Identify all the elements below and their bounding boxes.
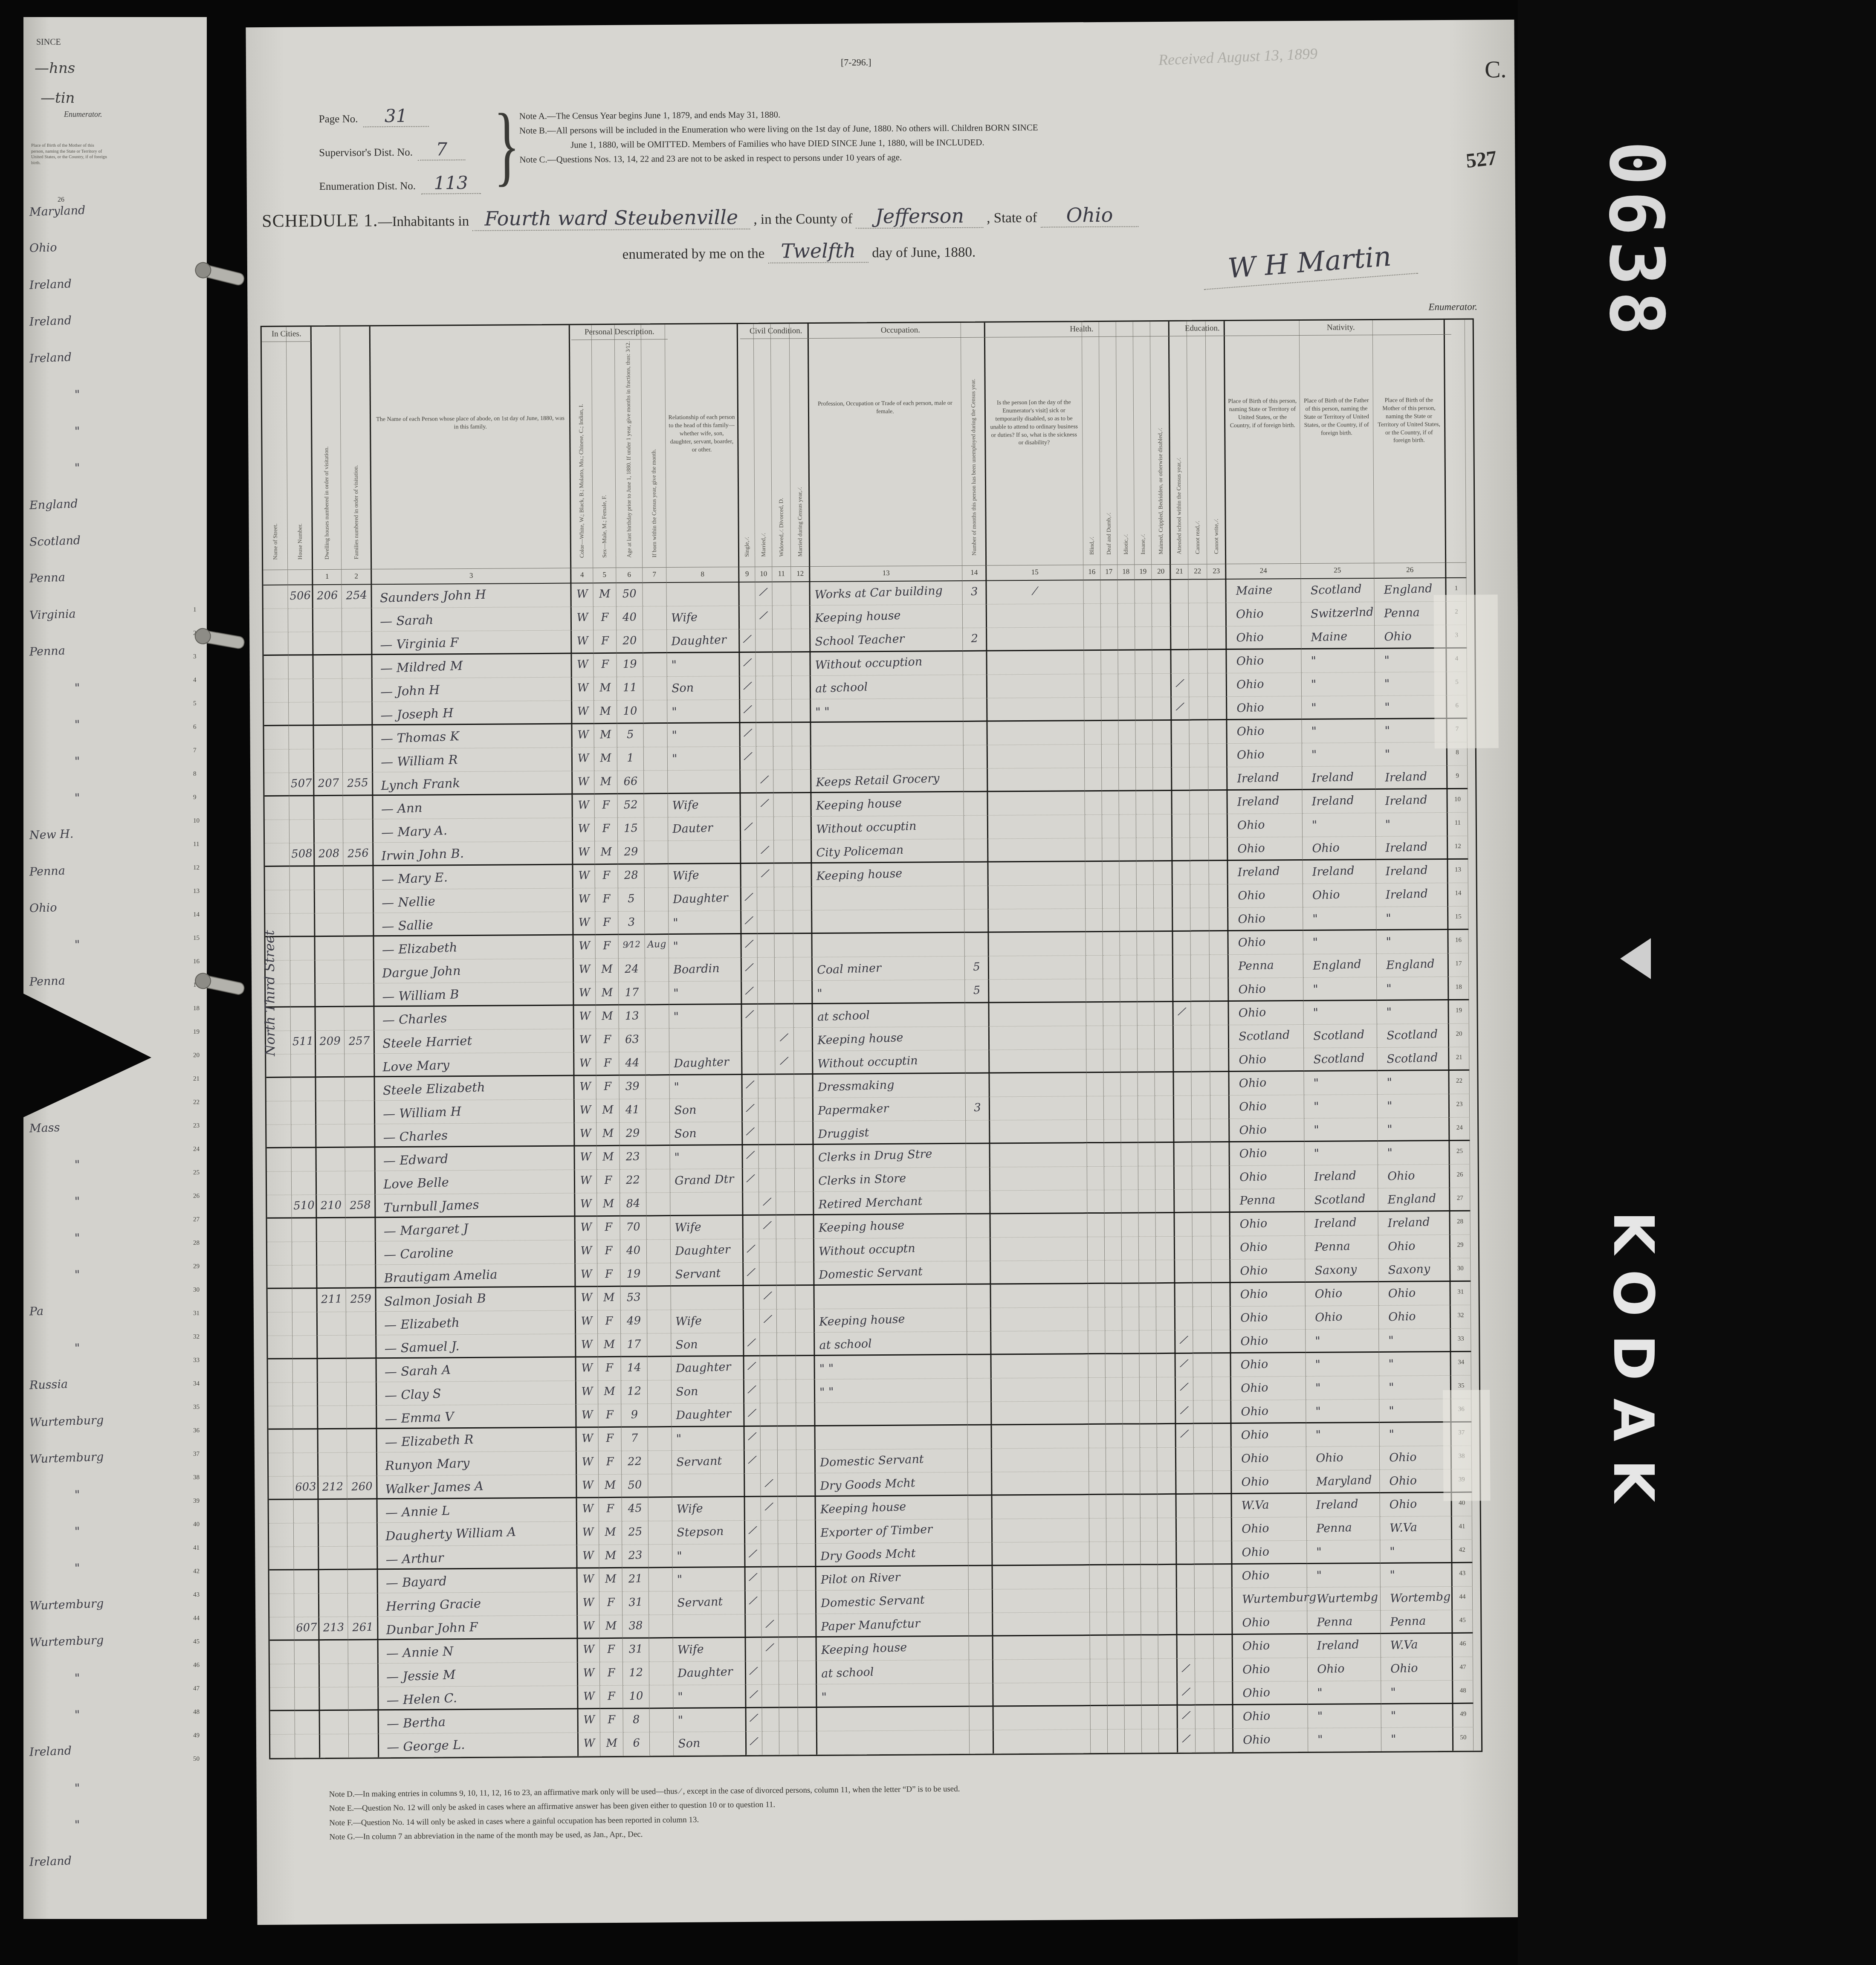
cell-fam xyxy=(347,1429,377,1452)
cell-month xyxy=(647,1333,671,1357)
cell-health xyxy=(987,745,1085,768)
cell-month xyxy=(648,1521,672,1545)
cell-rel: " xyxy=(670,1145,742,1169)
cell-c19 xyxy=(1138,1026,1155,1049)
cell-dw xyxy=(317,1382,347,1406)
cell-sex: F xyxy=(597,1240,620,1264)
cell-c21 xyxy=(1176,1635,1195,1659)
cell-c17 xyxy=(1106,1472,1123,1495)
cell-c22 xyxy=(1191,1072,1210,1096)
cell-health xyxy=(990,1401,1089,1425)
cell-c22 xyxy=(1188,580,1207,603)
cell-occ: Domestic Servant xyxy=(814,1449,968,1473)
cell-c10 xyxy=(756,700,773,723)
cell-health xyxy=(987,909,1086,933)
cell-color: W xyxy=(571,748,594,771)
left-page-birthplace-value: " xyxy=(74,461,80,475)
cell-c20 xyxy=(1152,603,1171,627)
cell-c23 xyxy=(1207,580,1226,603)
cell-c19 xyxy=(1141,1612,1158,1635)
cell-color: W xyxy=(573,982,596,1006)
cell-c22 xyxy=(1195,1565,1213,1588)
cell-c16 xyxy=(1088,1354,1105,1378)
cell-c21: ⁄ xyxy=(1170,697,1189,721)
cell-occ: at school xyxy=(814,1332,967,1356)
cell-c9 xyxy=(744,1614,761,1638)
cell-fb: " xyxy=(1307,1540,1380,1564)
cell-c18 xyxy=(1120,885,1137,908)
cell-pb: Ohio xyxy=(1231,1611,1307,1635)
cell-c12 xyxy=(794,1075,813,1098)
cell-c16 xyxy=(1087,1167,1104,1190)
cell-mb: " xyxy=(1379,1423,1451,1446)
cell-c12 xyxy=(795,1168,814,1192)
cell-month xyxy=(645,888,669,911)
cell-age: 28 xyxy=(618,864,644,888)
cell-color: W xyxy=(571,701,594,724)
cell-color: W xyxy=(573,1006,596,1029)
left-page-birthplace-value: " xyxy=(74,1525,80,1538)
cell-c18 xyxy=(1124,1565,1141,1588)
cell-sex: F xyxy=(600,1709,623,1733)
cell-fb: " xyxy=(1302,743,1375,767)
cell-c11 xyxy=(778,1544,797,1567)
column-number: 16 xyxy=(1083,565,1100,580)
cell-c16 xyxy=(1090,1565,1107,1589)
cell-c11 xyxy=(774,864,793,887)
cell-c20 xyxy=(1157,1471,1176,1495)
cell-health xyxy=(987,838,1085,862)
cell-fam xyxy=(345,1148,375,1171)
cell-month xyxy=(644,841,668,864)
column-number xyxy=(1445,563,1466,578)
cell-c17 xyxy=(1106,1495,1123,1519)
cell-occ: " xyxy=(811,980,965,1004)
cell-c16 xyxy=(1084,674,1101,698)
cell-c21 xyxy=(1172,979,1191,1002)
cell-rn: 34 xyxy=(1450,1352,1471,1376)
cell-color: W xyxy=(571,771,594,794)
cell-c16 xyxy=(1085,791,1102,815)
cell-fb: " xyxy=(1306,1329,1379,1353)
cell-mb: Ireland xyxy=(1378,1211,1450,1235)
cell-c9: ⁄ xyxy=(739,723,756,747)
cell-c17 xyxy=(1108,1706,1125,1730)
cell-dw xyxy=(316,1336,346,1359)
cell-color: W xyxy=(577,1733,600,1756)
cell-c19 xyxy=(1138,1049,1155,1072)
left-page-row-number: 40 xyxy=(193,1521,200,1528)
left-page-row-number: 37 xyxy=(193,1451,200,1458)
left-page-enumerator-label: Enumerator. xyxy=(64,110,102,119)
cell-c20 xyxy=(1153,861,1172,885)
cell-sex: M xyxy=(596,982,619,1006)
cell-health xyxy=(990,1307,1088,1331)
cell-month xyxy=(646,1146,670,1169)
cell-street xyxy=(263,656,288,679)
cell-c19 xyxy=(1139,1307,1156,1330)
cell-house: 507 xyxy=(289,773,314,796)
cell-c14 xyxy=(964,745,987,769)
cell-health xyxy=(986,721,1084,745)
cell-c9: ⁄ xyxy=(742,1239,759,1263)
cell-c18 xyxy=(1123,1518,1141,1542)
cell-c22 xyxy=(1194,1447,1213,1471)
cell-c9: ⁄ xyxy=(741,1005,758,1028)
cell-month xyxy=(643,724,667,747)
cell-c18 xyxy=(1122,1260,1139,1284)
cell-pb: Ohio xyxy=(1225,649,1301,673)
cell-c11 xyxy=(776,1168,795,1192)
cell-fam xyxy=(349,1734,379,1757)
cell-c12 xyxy=(795,1239,814,1262)
cell-occ xyxy=(814,1426,968,1450)
cell-c20 xyxy=(1159,1706,1178,1729)
cell-color: W xyxy=(577,1639,600,1662)
cell-c19 xyxy=(1135,721,1152,744)
cell-fb: " xyxy=(1301,649,1375,673)
cell-c21 xyxy=(1170,627,1189,650)
cell-color: W xyxy=(575,1381,598,1404)
column-number: 17 xyxy=(1100,565,1117,580)
column-number: 22 xyxy=(1188,564,1207,580)
cell-c9 xyxy=(739,770,756,794)
cell-dw xyxy=(312,609,342,632)
column-header-sex: Sex—Male, M.; Female, F. xyxy=(592,325,616,568)
cell-c21 xyxy=(1172,1072,1191,1096)
cell-c10 xyxy=(762,1661,779,1685)
cell-c19 xyxy=(1136,814,1153,838)
cell-c21 xyxy=(1173,1190,1192,1213)
cell-c10 xyxy=(756,747,773,770)
cell-c17 xyxy=(1107,1565,1124,1589)
cell-house xyxy=(290,820,314,843)
cell-c22 xyxy=(1195,1658,1214,1682)
cell-c14 xyxy=(965,1027,989,1050)
cell-c12 xyxy=(794,1122,813,1145)
cell-c17 xyxy=(1101,604,1118,627)
cell-c21 xyxy=(1170,650,1189,674)
cell-month xyxy=(647,1287,671,1310)
cell-house xyxy=(290,913,315,937)
cell-fb: England xyxy=(1303,954,1377,978)
cell-color: W xyxy=(576,1522,599,1545)
cell-c17 xyxy=(1106,1542,1123,1565)
cell-c17 xyxy=(1103,979,1120,1003)
cell-health xyxy=(987,885,1086,909)
cell-c16 xyxy=(1091,1730,1108,1753)
cell-c10 xyxy=(756,629,773,653)
cell-c20 xyxy=(1154,885,1172,908)
left-page-birthplace-value: Virginia xyxy=(29,607,76,622)
cell-c14 xyxy=(968,1496,992,1519)
left-page-birthplace-value: " xyxy=(74,1232,80,1245)
cell-c16 xyxy=(1090,1683,1107,1706)
cell-street xyxy=(264,679,289,703)
cell-month xyxy=(643,653,667,677)
left-page-row-number: 8 xyxy=(193,771,197,778)
cell-fb: Scotland xyxy=(1305,1188,1378,1212)
cell-dw xyxy=(317,1406,347,1429)
cell-pb: Ohio xyxy=(1228,1072,1304,1096)
cell-sex: M xyxy=(599,1615,622,1639)
cell-health xyxy=(992,1636,1090,1660)
cell-age: 17 xyxy=(621,1333,647,1357)
cell-color: W xyxy=(574,1240,597,1264)
cell-rel: Son xyxy=(670,1122,742,1146)
cell-c11 xyxy=(773,793,792,817)
cell-c19 xyxy=(1137,979,1154,1002)
cell-fam xyxy=(344,913,373,936)
cell-c21 xyxy=(1171,838,1190,861)
cell-c22 xyxy=(1195,1588,1213,1611)
cell-sex: F xyxy=(595,912,618,935)
left-page-row-number: 21 xyxy=(193,1075,200,1083)
cell-c18 xyxy=(1120,979,1137,1002)
cell-rel: Daughter xyxy=(669,1052,742,1075)
left-page-birthplace-value: " xyxy=(74,755,80,768)
cell-rn: 42 xyxy=(1451,1540,1472,1563)
table-header: Name of Street.House Number.Dwelling hou… xyxy=(262,320,1474,570)
cell-house xyxy=(295,1687,319,1711)
cell-c11 xyxy=(773,652,791,676)
cell-c9: ⁄ xyxy=(741,958,758,981)
cell-health xyxy=(990,1331,1088,1355)
cell-occ: Keeping house xyxy=(815,1496,968,1520)
cell-fam xyxy=(349,1710,379,1734)
cell-rn: 12 xyxy=(1447,836,1468,860)
cell-c11 xyxy=(778,1450,796,1473)
cell-sex: M xyxy=(593,583,616,607)
cell-c19 xyxy=(1141,1565,1158,1588)
cell-c23 xyxy=(1210,978,1228,1002)
cell-dw xyxy=(318,1547,347,1570)
cell-pb: Ohio xyxy=(1228,1095,1304,1119)
cell-c11 xyxy=(778,1426,796,1450)
cell-rn: 24 xyxy=(1448,1118,1470,1141)
column-number xyxy=(263,570,288,585)
cell-sex: F xyxy=(596,1076,619,1099)
column-number: 19 xyxy=(1135,565,1152,580)
column-number: 25 xyxy=(1301,563,1374,579)
cell-c14 xyxy=(968,1519,992,1543)
cell-c23 xyxy=(1210,1142,1229,1166)
cell-c10 xyxy=(756,676,773,700)
cell-health xyxy=(989,1120,1087,1144)
cell-c12 xyxy=(794,1051,813,1075)
cell-fam xyxy=(347,1499,377,1523)
cell-c18 xyxy=(1124,1635,1141,1659)
cell-fb: Ohio xyxy=(1306,1306,1379,1330)
cell-rn: 19 xyxy=(1448,1000,1469,1024)
cell-c22 xyxy=(1189,650,1207,673)
cell-rel: Daughter xyxy=(673,1661,746,1685)
cell-occ: Without occuptin xyxy=(811,816,964,840)
left-page-row-number: 31 xyxy=(193,1310,200,1317)
cell-c12 xyxy=(791,629,810,652)
cell-c17 xyxy=(1105,1284,1122,1307)
cell-c18 xyxy=(1121,1190,1138,1213)
column-header-c12: Married during Census year, ⁄. xyxy=(790,324,810,567)
cell-rel: Wife xyxy=(670,1216,743,1240)
cell-dw xyxy=(312,632,342,655)
cell-house xyxy=(291,1148,316,1171)
cell-c23 xyxy=(1210,1002,1228,1025)
cell-c9 xyxy=(742,1286,759,1310)
cell-mb: Ohio xyxy=(1380,1469,1451,1493)
cell-c20 xyxy=(1155,1026,1173,1049)
cell-c21: ⁄ xyxy=(1175,1401,1193,1424)
previous-page-edge: SINCE —hns —tin Enumerator. Place of Bir… xyxy=(23,17,207,1919)
cell-c22 xyxy=(1190,908,1209,931)
left-page-column-number: 26 xyxy=(58,196,64,204)
cell-occ: Dry Goods Mcht xyxy=(814,1472,968,1497)
cell-health xyxy=(988,1003,1086,1026)
cell-rn: 31 xyxy=(1449,1282,1471,1305)
cell-c9: ⁄ xyxy=(740,934,757,958)
cell-c21 xyxy=(1176,1612,1195,1635)
cell-dw xyxy=(316,1312,346,1336)
cell-fam xyxy=(348,1687,378,1710)
cell-health xyxy=(990,1261,1088,1284)
cell-mb: Ohio xyxy=(1378,1235,1450,1259)
column-number: 12 xyxy=(791,567,810,582)
cell-occ: Keeps Retail Grocery xyxy=(810,769,964,793)
left-page-row-number: 7 xyxy=(193,747,197,754)
cell-dw xyxy=(312,655,342,679)
cell-c22 xyxy=(1190,767,1208,791)
cell-c20 xyxy=(1152,697,1171,721)
cell-c14 xyxy=(963,698,987,722)
left-page-row-number: 49 xyxy=(193,1732,200,1739)
cell-age: 24 xyxy=(619,958,645,982)
cell-c22 xyxy=(1196,1705,1214,1729)
cell-c16 xyxy=(1084,698,1101,721)
cell-occ xyxy=(816,1707,970,1731)
cell-c21 xyxy=(1172,885,1190,908)
cell-c18 xyxy=(1120,955,1137,979)
cell-c17 xyxy=(1103,932,1120,956)
cell-rn: 15 xyxy=(1447,907,1468,930)
cell-dw xyxy=(318,1594,348,1617)
cell-c22 xyxy=(1191,955,1210,978)
cell-fam: 256 xyxy=(343,843,373,866)
cell-occ: Dressmaking xyxy=(812,1074,965,1098)
cell-age: 40 xyxy=(620,1240,647,1263)
cell-house xyxy=(295,1711,320,1734)
cell-name: Walker James A xyxy=(376,1475,576,1499)
cell-c14 xyxy=(967,1332,991,1355)
left-page-birthplace-value: Pa xyxy=(29,1304,43,1318)
cell-c23 xyxy=(1214,1729,1233,1752)
cell-c21 xyxy=(1172,932,1190,955)
cell-c11 xyxy=(774,934,793,957)
cell-c17 xyxy=(1102,745,1119,768)
cell-c23 xyxy=(1212,1400,1231,1424)
cell-color: W xyxy=(573,1146,596,1170)
cell-rn: 13 xyxy=(1447,860,1468,883)
cell-occ: Coal miner xyxy=(811,956,965,981)
left-page-row-number: 47 xyxy=(193,1685,200,1693)
cell-age: 19 xyxy=(620,1263,647,1287)
cell-dw xyxy=(316,1218,346,1242)
cell-c21 xyxy=(1172,955,1191,979)
cell-pb: Ohio xyxy=(1230,1470,1306,1494)
cell-c19 xyxy=(1136,791,1153,814)
left-page-row-number: 39 xyxy=(193,1498,200,1505)
cell-rel: Son xyxy=(667,676,740,700)
column-header-c9: Single, ⁄. xyxy=(737,324,755,567)
column-header-c21: Attended school within the Census year, … xyxy=(1168,322,1188,565)
cell-street xyxy=(270,1711,295,1734)
cell-name: — Bayard xyxy=(377,1568,577,1593)
cell-age: 49 xyxy=(621,1310,647,1333)
cell-pb: Penna xyxy=(1229,1189,1305,1213)
cell-c9: ⁄ xyxy=(741,1075,758,1098)
cell-health xyxy=(992,1589,1090,1613)
cell-fam xyxy=(345,1101,375,1124)
cell-c17 xyxy=(1105,1261,1122,1284)
cell-name: Herring Gracie xyxy=(377,1592,577,1617)
cell-fb: Ireland xyxy=(1306,1493,1380,1517)
cell-c21 xyxy=(1174,1284,1193,1307)
cell-c22 xyxy=(1192,1119,1210,1142)
cell-c10: ⁄ xyxy=(755,583,772,606)
cell-c11 xyxy=(776,1215,795,1239)
cell-dw xyxy=(316,1171,345,1195)
column-header-age: Age at last birthday prior to June 1, 18… xyxy=(615,325,643,568)
cell-sex: M xyxy=(594,701,617,724)
tape-patch xyxy=(1434,594,1499,748)
cell-month xyxy=(648,1498,672,1521)
cell-sex: M xyxy=(594,771,617,794)
cell-c16 xyxy=(1085,768,1102,791)
cell-occ: " xyxy=(816,1684,969,1708)
left-page-row-number: 27 xyxy=(193,1216,200,1223)
enumeration-no-value: 113 xyxy=(421,172,481,194)
column-number: 5 xyxy=(593,568,616,583)
cell-age: 29 xyxy=(618,841,644,864)
cell-c19 xyxy=(1135,650,1152,674)
cell-c12 xyxy=(796,1450,815,1473)
left-page-row-number: 35 xyxy=(193,1404,200,1411)
cell-c17 xyxy=(1103,956,1120,979)
cell-rel: Daughter xyxy=(667,629,739,653)
cell-rn: 10 xyxy=(1446,789,1468,813)
cell-c10 xyxy=(761,1521,778,1544)
cell-c16 xyxy=(1086,1003,1103,1026)
cell-rel xyxy=(672,1474,744,1498)
cell-mb: " xyxy=(1378,1141,1449,1165)
cell-rel: " xyxy=(667,700,740,724)
cell-age: 23 xyxy=(620,1146,646,1169)
cell-sex: F xyxy=(597,1217,620,1240)
cell-sex: F xyxy=(599,1592,622,1615)
cell-fb: " xyxy=(1303,1001,1377,1025)
cell-color: W xyxy=(576,1451,599,1475)
cell-name: — Virginia F xyxy=(371,630,571,655)
cell-c11 xyxy=(773,676,792,699)
cell-name: — Joseph H xyxy=(371,701,572,725)
cell-color: W xyxy=(576,1475,599,1498)
cell-fb: Penna xyxy=(1307,1611,1381,1635)
cell-c16 xyxy=(1089,1519,1106,1542)
cell-c10: ⁄ xyxy=(761,1614,779,1638)
cell-c10 xyxy=(759,1098,776,1122)
left-page-birthplace-value: " xyxy=(74,681,80,695)
cell-c11 xyxy=(775,1004,793,1028)
cell-c18 xyxy=(1121,1143,1138,1166)
